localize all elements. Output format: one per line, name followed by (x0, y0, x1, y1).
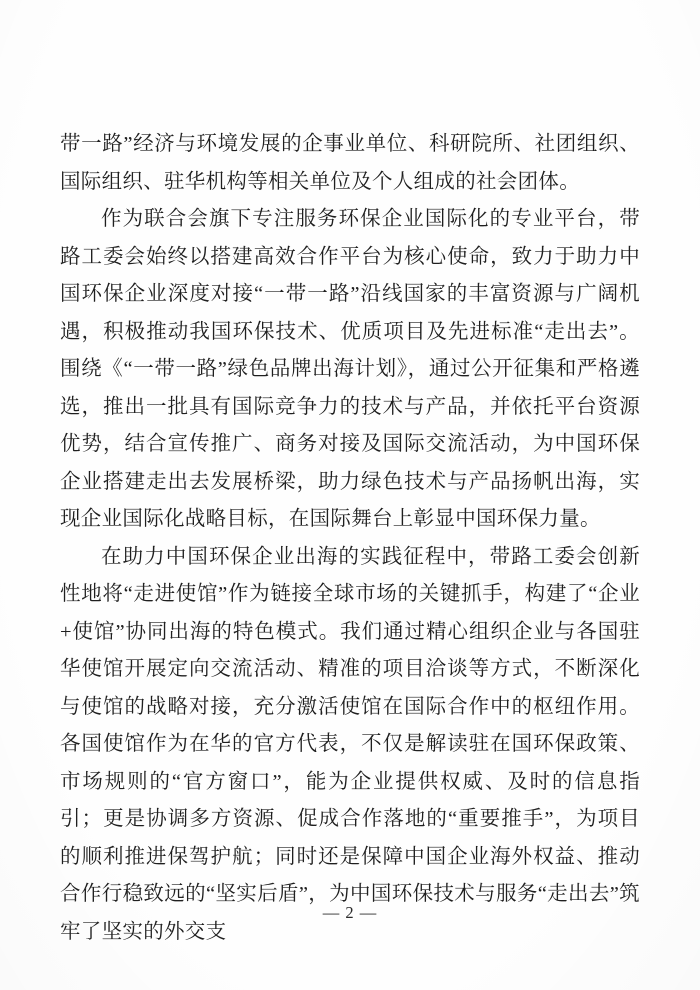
document-body: 带一路”经济与环境发展的企事业单位、科研院所、社团组织、国际组织、驻华机构等相关… (60, 126, 640, 951)
scanned-document-page: 带一路”经济与环境发展的企事业单位、科研院所、社团组织、国际组织、驻华机构等相关… (0, 0, 700, 990)
paragraph-embassy-model: 在助力中国环保企业出海的实践征程中，带路工委会创新性地将“走进使馆”作为链接全球… (60, 539, 640, 952)
paragraph-platform-mission: 作为联合会旗下专注服务环保企业国际化的专业平台，带路工委会始终以搭建高效合作平台… (60, 201, 640, 539)
page-number-footer: — 2 — (0, 903, 700, 923)
paragraph-continuation: 带一路”经济与环境发展的企事业单位、科研院所、社团组织、国际组织、驻华机构等相关… (60, 126, 640, 201)
